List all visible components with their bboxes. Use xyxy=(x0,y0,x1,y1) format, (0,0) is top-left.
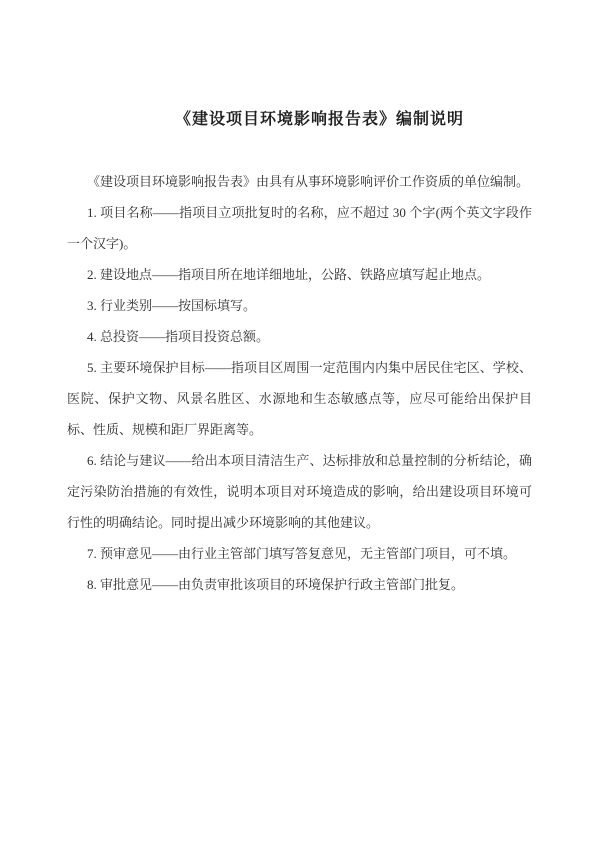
item-7-preliminary-review: 7. 预审意见——由行业主管部门填写答复意见，无主管部门项目，可不填。 xyxy=(67,538,532,569)
item-1-project-name: 1. 项目名称——指项目立项批复时的名称，应不超过 30 个字(两个英文字段作一… xyxy=(67,197,532,259)
item-6-conclusions: 6. 结论与建议——给出本项目清洁生产、达标排放和总量控制的分析结论，确定污染防… xyxy=(67,445,532,538)
item-4-investment: 4. 总投资——指项目投资总额。 xyxy=(67,321,532,352)
intro-paragraph: 《建设项目环境影响报告表》由具有从事环境影响评价工作资质的单位编制。 xyxy=(67,166,532,197)
document-title: 《建设项目环境影响报告表》编制说明 xyxy=(67,104,532,135)
item-8-approval-opinion: 8. 审批意见——由负责审批该项目的环境保护行政主管部门批复。 xyxy=(67,569,532,600)
item-3-industry: 3. 行业类别——按国标填写。 xyxy=(67,290,532,321)
document-page: 《建设项目环境影响报告表》编制说明 《建设项目环境影响报告表》由具有从事环境影响… xyxy=(0,0,595,841)
item-2-location: 2. 建设地点——指项目所在地详细地址，公路、铁路应填写起止地点。 xyxy=(67,259,532,290)
title-gap xyxy=(67,135,532,166)
item-5-protection-targets: 5. 主要环境保护目标——指项目区周围一定范围内内集中居民住宅区、学校、医院、保… xyxy=(67,352,532,445)
document-content: 《建设项目环境影响报告表》编制说明 《建设项目环境影响报告表》由具有从事环境影响… xyxy=(67,104,532,600)
